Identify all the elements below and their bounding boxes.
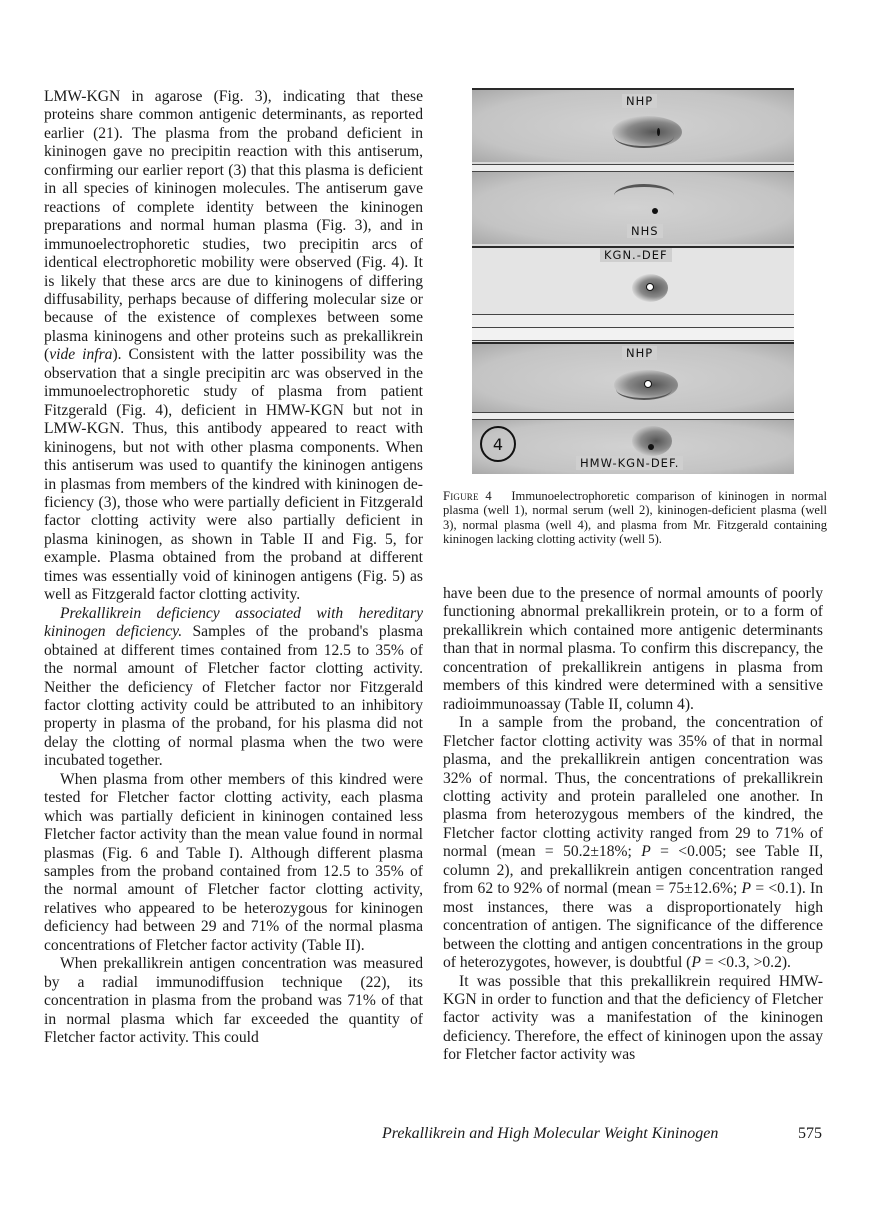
left-text-column: LMW-KGN in agarose (Fig. 3), indicating …	[44, 88, 423, 1048]
paragraph-prekallikrein-deficiency: Prekallikrein deficiency associated with…	[44, 605, 423, 771]
italic-phrase: vide infra	[49, 346, 112, 363]
running-footer: Prekallikrein and High Molecular Weight …	[382, 1125, 822, 1143]
trough-1	[472, 164, 794, 172]
right-text-column: have been due to the presence of normal …	[443, 585, 823, 1065]
precipitate-spot-5	[632, 426, 672, 456]
paragraph-kininogen-antigens: LMW-KGN in agarose (Fig. 3), indicating …	[44, 88, 423, 605]
paragraph-text: ). Consistent with the latter possibilit…	[44, 346, 423, 603]
panel-label-2: NHS	[627, 224, 663, 238]
figure-caption: Figure 4 Immunoelectrophoretic compariso…	[443, 489, 827, 546]
trough-3	[472, 328, 794, 341]
panel-label-1: NHP	[622, 94, 657, 108]
paragraph-text: Samples of the proband's plasma obtained…	[44, 623, 423, 769]
precipitin-arc-2	[614, 184, 674, 207]
well-marker-1	[657, 128, 660, 136]
p-value-symbol: P	[691, 954, 701, 971]
panel-label-5: HMW-KGN-DEF.	[576, 456, 683, 470]
paragraph-text: LMW-KGN in agarose (Fig. 3), indicating …	[44, 88, 423, 363]
paragraph-text: In a sample from the proband, the concen…	[443, 714, 823, 860]
paragraph-proband-sample: In a sample from the proband, the concen…	[443, 714, 823, 972]
page-number: 575	[798, 1125, 822, 1143]
figure-4-immunoelectrophoresis: NHP NHS KGN.-DEF NHP HMW-KGN-DEF. 4	[472, 88, 794, 474]
figure-caption-label: Figure 4	[443, 489, 492, 503]
paragraph-radial-immunodiffusion: When prekallikrein antigen concentration…	[44, 955, 423, 1047]
figure-caption-text: Immunoelectrophoretic comparison of kini…	[443, 489, 827, 546]
paragraph-kindred-testing: When plasma from other members of this k…	[44, 771, 423, 956]
paragraph-text: have been due to the presence of normal …	[443, 585, 823, 713]
paragraph-text: When prekallikrein antigen concentration…	[44, 955, 423, 1046]
well-marker-2	[652, 208, 658, 214]
trough-4	[472, 412, 794, 420]
panel-label-4: NHP	[622, 346, 657, 360]
well-marker-5	[648, 444, 654, 450]
well-marker-4	[644, 380, 652, 388]
p-value-symbol: P	[641, 843, 651, 860]
running-title: Prekallikrein and High Molecular Weight …	[382, 1125, 718, 1143]
paragraph-hmw-kgn-requirement: It was possible that this prekallikrein …	[443, 973, 823, 1065]
paragraph-discrepancy: have been due to the presence of normal …	[443, 585, 823, 714]
figure-number-badge: 4	[480, 426, 516, 462]
paragraph-text: = <0.3, >0.2).	[701, 954, 791, 971]
paragraph-text: When plasma from other members of this k…	[44, 771, 423, 954]
precipitin-arc-line-1	[614, 124, 674, 148]
well-marker-3	[646, 283, 654, 291]
panel-label-3: KGN.-DEF	[600, 248, 672, 262]
p-value-symbol: P	[742, 880, 752, 897]
trough-2	[472, 314, 794, 328]
paragraph-text: It was possible that this prekallikrein …	[443, 973, 823, 1064]
